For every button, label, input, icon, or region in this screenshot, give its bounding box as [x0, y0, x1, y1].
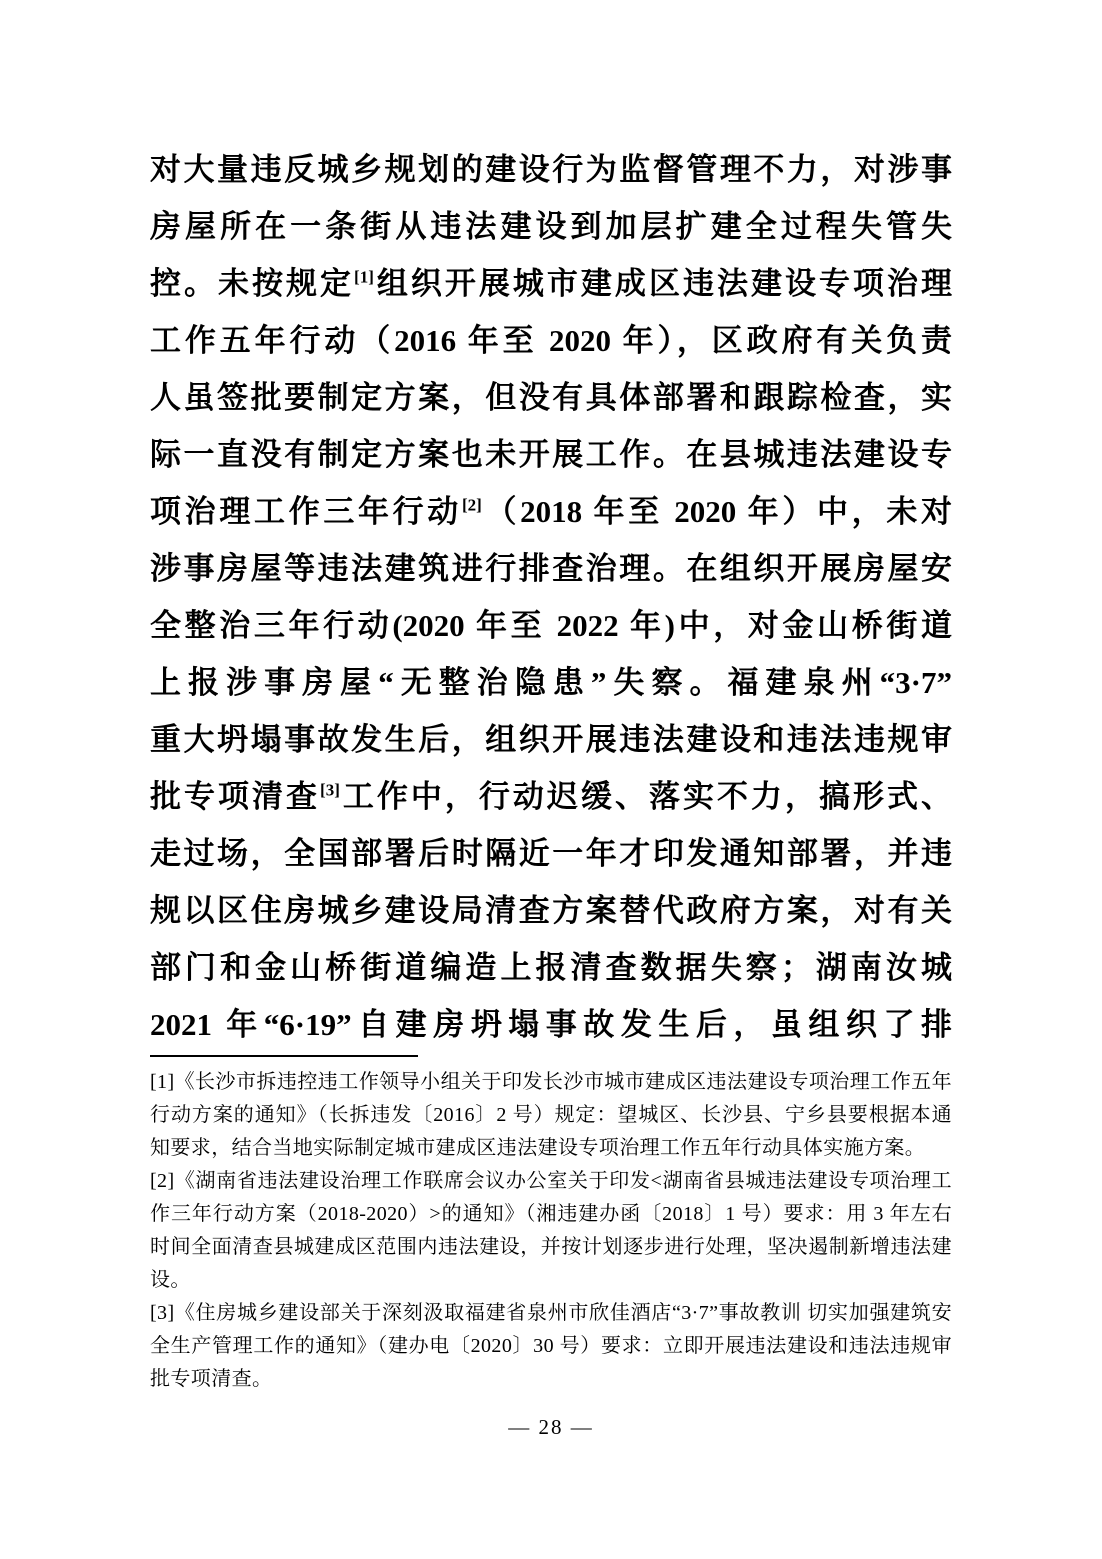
body-line: 际一直没有制定方案也未开展工作。在县城违法建设专	[150, 426, 952, 483]
footnote-text: 《长沙市拆违控违工作领导小组关于印发长沙市城市建成区违法建设专项治理工作五年行动…	[150, 1071, 952, 1159]
body-line: 2021 年“6·19”自建房坍塌事故发生后，虽组织了排	[150, 996, 952, 1053]
body-text-segment: 重大坍塌事故发生后，组织开展违法建设和违法违规审	[150, 722, 952, 757]
body-text-segment: 规以区住房城乡建设局清查方案替代政府方案，对有关	[150, 893, 952, 928]
footnotes-section: [1]《长沙市拆违控违工作领导小组关于印发长沙市城市建成区违法建设专项治理工作五…	[150, 1066, 952, 1396]
body-text-segment: 对大量违反城乡规划的建设行为监督管理不力，对涉事	[150, 152, 952, 187]
body-line: 项治理工作三年行动[2]（2018 年至 2020 年）中，未对	[150, 483, 952, 540]
body-line: 批专项清查[3]工作中，行动迟缓、落实不力，搞形式、	[150, 768, 952, 825]
body-line: 上报涉事房屋“无整治隐患”失察。福建泉州“3·7”	[150, 654, 952, 711]
body-text-segment: 2021 年“6·19”自建房坍塌事故发生后，虽组织了排	[150, 1007, 952, 1042]
footnote-marker: [2]	[150, 1170, 175, 1192]
body-text-segment: 涉事房屋等违法建筑进行排查治理。在组织开展房屋安	[150, 551, 952, 586]
body-text-segment: 全整治三年行动(2020 年至 2022 年)中，对金山桥街道	[150, 608, 952, 643]
footnote-text: 《湖南省违法建设治理工作联席会议办公室关于印发<湖南省县城违法建设专项治理工作三…	[150, 1170, 952, 1291]
body-text-segment: 控。未按规定	[150, 266, 354, 301]
body-line: 控。未按规定[1]组织开展城市建成区违法建设专项治理	[150, 255, 952, 312]
body-line: 重大坍塌事故发生后，组织开展违法建设和违法违规审	[150, 711, 952, 768]
body-text-segment: 部门和金山桥街道编造上报清查数据失察；湖南汝城	[150, 950, 952, 985]
body-line: 部门和金山桥街道编造上报清查数据失察；湖南汝城	[150, 939, 952, 996]
footnote-ref: [1]	[354, 268, 374, 287]
footnote: [3]《住房城乡建设部关于深刻汲取福建省泉州市欣佳酒店“3·7”事故教训 切实加…	[150, 1297, 952, 1396]
body-text-segment: 际一直没有制定方案也未开展工作。在县城违法建设专	[150, 437, 952, 472]
body-line: 房屋所在一条街从违法建设到加层扩建全过程失管失	[150, 198, 952, 255]
body-line: 规以区住房城乡建设局清查方案替代政府方案，对有关	[150, 882, 952, 939]
body-text-segment: 人虽签批要制定方案，但没有具体部署和跟踪检查，实	[150, 380, 952, 415]
footnote-ref: [3]	[320, 781, 340, 800]
footnote-ref: [2]	[462, 496, 482, 515]
body-text-segment: 走过场，全国部署后时隔近一年才印发通知部署，并违	[150, 836, 952, 871]
body-text-segment: 批专项清查	[150, 779, 320, 814]
body-paragraph: 对大量违反城乡规划的建设行为监督管理不力，对涉事房屋所在一条街从违法建设到加层扩…	[150, 141, 952, 1053]
body-line: 对大量违反城乡规划的建设行为监督管理不力，对涉事	[150, 141, 952, 198]
body-line: 涉事房屋等违法建筑进行排查治理。在组织开展房屋安	[150, 540, 952, 597]
body-line: 全整治三年行动(2020 年至 2022 年)中，对金山桥街道	[150, 597, 952, 654]
document-page: 对大量违反城乡规划的建设行为监督管理不力，对涉事房屋所在一条街从违法建设到加层扩…	[0, 0, 1102, 1559]
footnote-text: 《住房城乡建设部关于深刻汲取福建省泉州市欣佳酒店“3·7”事故教训 切实加强建筑…	[150, 1302, 952, 1390]
footnote: [2]《湖南省违法建设治理工作联席会议办公室关于印发<湖南省县城违法建设专项治理…	[150, 1165, 952, 1297]
body-text-segment: 上报涉事房屋“无整治隐患”失察。福建泉州“3·7”	[150, 665, 952, 700]
body-line: 人虽签批要制定方案，但没有具体部署和跟踪检查，实	[150, 369, 952, 426]
body-line: 走过场，全国部署后时隔近一年才印发通知部署，并违	[150, 825, 952, 882]
footnote-marker: [1]	[150, 1071, 175, 1093]
body-text-segment: 项治理工作三年行动	[150, 494, 462, 529]
body-text-segment: （2018 年至 2020 年）中，未对	[482, 494, 952, 529]
body-text-segment: 工作五年行动（2016 年至 2020 年），区政府有关负责	[150, 323, 952, 358]
body-text-segment: 工作中，行动迟缓、落实不力，搞形式、	[340, 779, 952, 814]
page-number: — 28 —	[150, 1412, 952, 1442]
footnote-marker: [3]	[150, 1302, 175, 1324]
body-text-segment: 房屋所在一条街从违法建设到加层扩建全过程失管失	[150, 209, 952, 244]
footnote: [1]《长沙市拆违控违工作领导小组关于印发长沙市城市建成区违法建设专项治理工作五…	[150, 1066, 952, 1165]
footnote-separator	[150, 1055, 418, 1057]
body-text-segment: 组织开展城市建成区违法建设专项治理	[374, 266, 952, 301]
body-line: 工作五年行动（2016 年至 2020 年），区政府有关负责	[150, 312, 952, 369]
